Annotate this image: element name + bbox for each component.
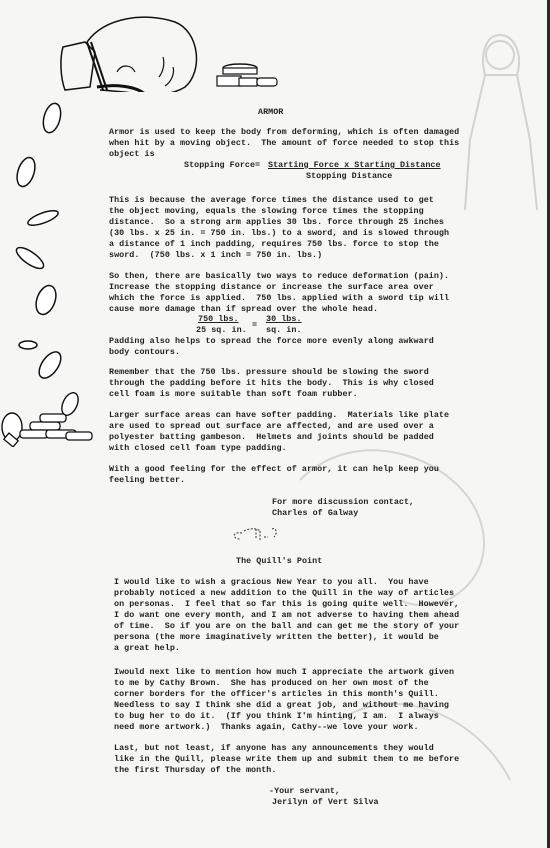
- quill-para2-line: corner borders for the officer's article…: [114, 689, 439, 700]
- quill-para1-line: a great help.: [114, 643, 180, 654]
- armor-para6-line: With a good feeling for the effect of ar…: [109, 464, 439, 475]
- quill-para1-line: I would like to wish a gracious New Year…: [114, 577, 429, 588]
- armor-para2-line: a distance of 1 inch padding, requires 7…: [109, 239, 439, 250]
- armor-para2-line: This is because the average force times …: [109, 195, 434, 206]
- armor-para5-line: are used to spread out surface are affec…: [109, 421, 434, 432]
- armor-para4-line: cell foam is more suitable than soft foa…: [109, 389, 358, 400]
- formula-numerator: Starting Force x Starting Distance: [268, 160, 441, 171]
- armor-para2-line: distance. So a strong arm applies 30 lbs…: [109, 217, 444, 228]
- quill-para2-line: to bug her to do it. (If you think I'm h…: [114, 711, 439, 722]
- armor-para6-line: feeling better.: [109, 475, 185, 486]
- armor-para3b-line: body contours.: [109, 347, 180, 358]
- armor-para5-line: polyester batting gambeson. Helmets and …: [109, 432, 434, 443]
- quill-para1-line: I do want one every month, and I am not …: [114, 610, 459, 621]
- quill-closing-line: -Your servant,: [269, 786, 340, 797]
- quill-para1-line: probably noticed a new addition to the Q…: [114, 588, 454, 599]
- formula-label: Stopping Force=: [184, 160, 260, 171]
- fraction-equals: =: [252, 320, 257, 331]
- quill-para2-line: to me by Cathy Brown. She has produced o…: [114, 678, 429, 689]
- formula-denominator: Stopping Distance: [306, 171, 392, 182]
- armor-intro-line: object is: [109, 149, 155, 160]
- coin-stack-icon: [215, 62, 281, 92]
- armor-para5-line: Larger surface areas can have softer pad…: [109, 410, 449, 421]
- coin-pile-icon: [0, 392, 95, 447]
- armor-title: ARMOR: [258, 107, 283, 118]
- armor-para5-line: with closed cell foam type padding.: [109, 443, 287, 454]
- armor-para4-line: Remember that the 750 lbs. pressure shou…: [109, 367, 429, 378]
- armor-intro-line: when hit by a moving object. The amount …: [109, 138, 459, 149]
- quill-title: The Quill's Point: [236, 556, 322, 567]
- armor-para3-line: which the force is applied. 750 lbs. app…: [109, 293, 449, 304]
- fraction-right-numerator: 30 lbs.: [266, 314, 302, 325]
- armor-para3b-line: Padding also helps to spread the force m…: [109, 336, 434, 347]
- armor-para2-line: the object moving, equals the slowing fo…: [109, 206, 424, 217]
- quill-para3-line: like in the Quill, please write them up …: [114, 754, 459, 765]
- armor-author: Charles of Galway: [272, 508, 358, 519]
- quill-para2-line: Iwould next like to mention how much I a…: [114, 667, 454, 678]
- quill-para1-line: of time. So if you are on the ball and c…: [114, 621, 459, 632]
- armor-para4-line: through the padding before it hits the b…: [109, 378, 434, 389]
- quill-para1-line: on personas. I feel that so far this is …: [114, 599, 459, 610]
- quill-para1-line: persona (the more imaginatively written …: [114, 632, 439, 643]
- quill-para3-line: the first Thursday of the month.: [114, 765, 276, 776]
- coin-pouch-icon: [55, 12, 205, 92]
- fraction-left-denominator: 25 sq. in.: [196, 325, 247, 336]
- armor-para3-line: So then, there are basically two ways to…: [109, 271, 449, 282]
- armor-para3-line: cause more damage than if spread over th…: [109, 304, 378, 315]
- quill-para3-line: Last, but not least, if anyone has any a…: [114, 743, 434, 754]
- armor-intro-line: Armor is used to keep the body from defo…: [109, 127, 459, 138]
- quill-para2-line: need more artwork.) Thanks again, Cathy-…: [114, 722, 419, 733]
- armor-para2-line: (30 lbs. x 25 in. = 750 in. lbs.) to a s…: [109, 228, 449, 239]
- armor-para2-line: sword. (750 lbs. x 1 inch = 750 in. lbs.…: [109, 250, 322, 261]
- fraction-left-numerator: 750 lbs.: [198, 314, 239, 325]
- newsletter-page: ARMOR Armor is used to keep the body fro…: [0, 0, 550, 848]
- ghost-figure-icon: [455, 20, 545, 210]
- fraction-right-denominator: sq. in.: [266, 325, 302, 336]
- quill-author: Jerilyn of Vert Silva: [272, 797, 379, 808]
- quill-para2-line: Needless to say I think she did a great …: [114, 700, 449, 711]
- armor-para3-line: Increase the stopping distance or increa…: [109, 282, 434, 293]
- armor-closing-line: For more discussion contact,: [272, 497, 414, 508]
- signature-flourish-icon: [230, 523, 285, 543]
